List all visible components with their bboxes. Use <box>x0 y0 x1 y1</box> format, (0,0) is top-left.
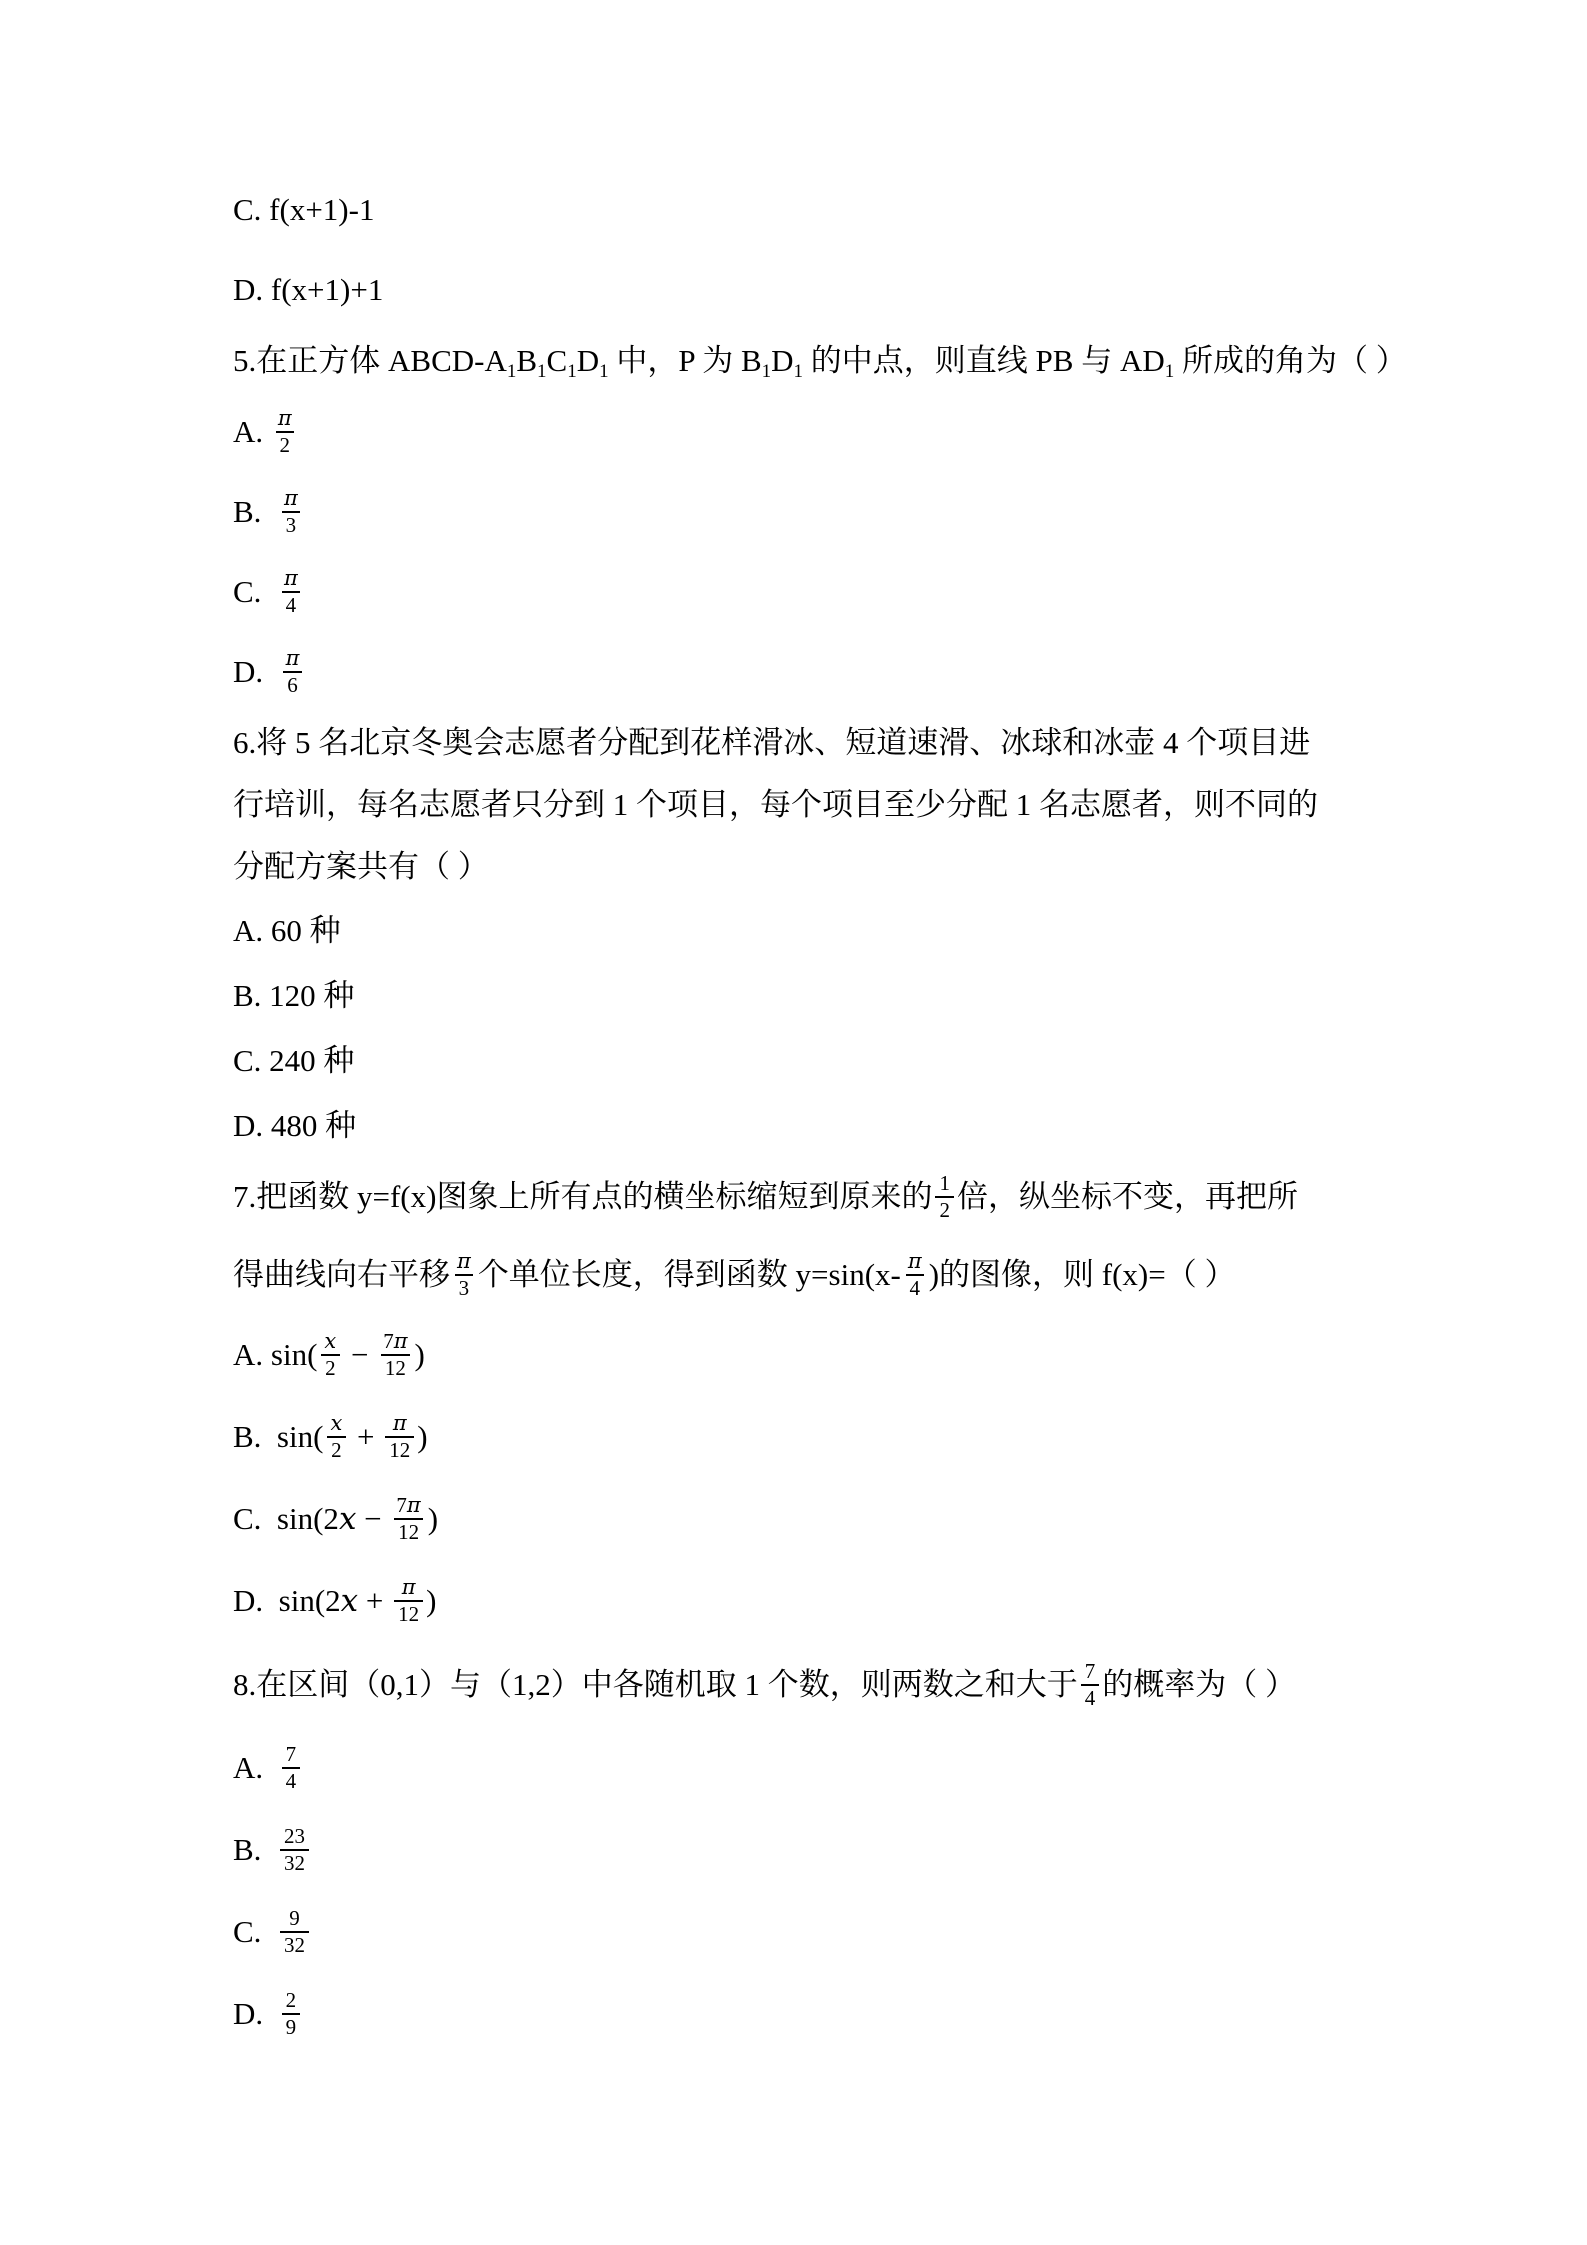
fraction-numerator: π <box>280 487 302 511</box>
fraction-denominator: 12 <box>385 1436 414 1462</box>
text-run: C. <box>233 1914 277 1949</box>
text-run: ) <box>428 1501 438 1536</box>
text-run: B. 120 种 <box>233 978 354 1013</box>
text-run: B. <box>233 1832 277 1867</box>
text-run: 6.将 5 名北京冬奥会志愿者分配到花样滑冰、短道速滑、冰球和冰壶 4 个项目进 <box>233 725 1310 760</box>
fraction-denominator: 9 <box>282 2013 301 2039</box>
math-italic-run: x <box>339 1501 356 1537</box>
text-run: 5.在正方体 ABCD-A <box>233 343 507 378</box>
text-run: A. <box>233 1750 279 1785</box>
text-run: − <box>343 1337 376 1372</box>
text-run: C <box>547 343 568 378</box>
fraction-numerator: x <box>326 1412 346 1436</box>
text-run: − <box>356 1501 389 1536</box>
q6-stem-line-2: 行培训，每名志愿者只分到 1 个项目，每个项目至少分配 1 名志愿者，则不同的 <box>233 774 1517 836</box>
fraction-denominator: 32 <box>280 1849 309 1875</box>
math-italic-glyph: π <box>908 1249 922 1273</box>
q8-stem: 8.在区间（0,1）与（1,2）中各随机取 1 个数，则两数之和大于74的概率为… <box>233 1642 1517 1727</box>
fraction: x2 <box>320 1330 340 1379</box>
fraction-denominator: 12 <box>394 1600 423 1626</box>
text-run: ) <box>426 1583 436 1618</box>
text-run: B. sin( <box>233 1419 323 1454</box>
fraction-numerator: 7 <box>282 1743 301 1767</box>
math-italic-glyph: π <box>394 1329 408 1353</box>
fraction: 74 <box>282 1743 301 1792</box>
text-run: )的图像，则 f(x)=（ ） <box>929 1257 1236 1292</box>
text-run: 8.在区间（0,1）与（1,2）中各随机取 1 个数，则两数之和大于 <box>233 1667 1078 1702</box>
fraction-numerator: x <box>320 1330 340 1354</box>
math-italic-run: x <box>341 1583 358 1619</box>
fraction-numerator: π <box>274 407 296 431</box>
fraction: 7π12 <box>379 1330 411 1379</box>
q8-choice-b: B. 2332 <box>233 1809 1517 1891</box>
math-italic-glyph: π <box>457 1249 471 1273</box>
subscript: 1 <box>537 361 547 382</box>
fraction: π12 <box>385 1412 414 1461</box>
fraction-denominator: 2 <box>327 1436 346 1462</box>
fraction-denominator: 3 <box>455 1274 474 1300</box>
math-italic-glyph: π <box>284 566 298 590</box>
fraction-numerator: π <box>453 1250 475 1274</box>
fraction-denominator: 3 <box>282 511 301 537</box>
fraction-numerator: π <box>389 1412 411 1436</box>
fraction-numerator: 23 <box>280 1825 309 1849</box>
fraction-denominator: 4 <box>282 591 301 617</box>
text-run: B. <box>233 494 277 529</box>
q5-choice-d: D. π6 <box>233 632 1517 712</box>
text-run: D. <box>233 1996 279 2031</box>
exam-page: C. f(x+1)-1D. f(x+1)+15.在正方体 ABCD-A1B1C1… <box>0 0 1587 2245</box>
math-italic-glyph: π <box>278 406 292 430</box>
q7-choice-c: C. sin(2x − 7π12) <box>233 1478 1517 1560</box>
math-italic-glyph: π <box>402 1575 416 1599</box>
text-run: 行培训，每名志愿者只分到 1 个项目，每个项目至少分配 1 名志愿者，则不同的 <box>233 787 1318 822</box>
fraction: π3 <box>453 1250 475 1299</box>
fraction-numerator: 9 <box>285 1907 304 1931</box>
fraction-denominator: 2 <box>935 1196 954 1222</box>
fraction-denominator: 2 <box>276 431 295 457</box>
text-run: C. f(x+1)-1 <box>233 192 374 227</box>
text-run: 所成的角为（ ） <box>1174 343 1407 378</box>
fraction: 2332 <box>280 1825 309 1874</box>
text-run: A. sin( <box>233 1337 317 1372</box>
q6-choice-a: A. 60 种 <box>233 898 1517 963</box>
fraction: x2 <box>326 1412 346 1461</box>
q5-choice-a: A. π2 <box>233 392 1517 472</box>
text-run: D <box>577 343 599 378</box>
subscript: 1 <box>567 361 577 382</box>
fraction-numerator: π <box>282 647 304 671</box>
math-italic-glyph: π <box>286 646 300 670</box>
text-run: 的中点，则直线 PB 与 AD <box>803 343 1165 378</box>
fraction: π12 <box>394 1576 423 1625</box>
fraction-denominator: 6 <box>283 671 302 697</box>
text-run: C. <box>233 574 277 609</box>
math-italic-glyph: π <box>393 1411 407 1435</box>
subscript: 1 <box>794 361 804 382</box>
fraction-numerator: π <box>904 1250 926 1274</box>
math-italic-glyph: x <box>330 1411 342 1435</box>
text-run: + <box>358 1583 391 1618</box>
text-run: D. 480 种 <box>233 1108 356 1143</box>
text-run: A. <box>233 414 271 449</box>
text-run: C. sin(2 <box>233 1501 339 1536</box>
fraction-numerator: 2 <box>282 1989 301 2013</box>
q7-choice-a: A. sin(x2 − 7π12) <box>233 1314 1517 1396</box>
text-run: D. <box>233 654 279 689</box>
q6-choice-c: C. 240 种 <box>233 1028 1517 1093</box>
text-run: 7.把函数 y=f(x)图象上所有点的横坐标缩短到原来的 <box>233 1179 932 1214</box>
text-run: + <box>349 1419 382 1454</box>
fraction-denominator: 32 <box>280 1931 309 1957</box>
fraction-numerator: π <box>398 1576 420 1600</box>
q8-choice-c: C. 932 <box>233 1891 1517 1973</box>
q6-stem-line-1: 6.将 5 名北京冬奥会志愿者分配到花样滑冰、短道速滑、冰球和冰壶 4 个项目进 <box>233 712 1517 774</box>
q5-stem: 5.在正方体 ABCD-A1B1C1D1 中，P 为 B1D1 的中点，则直线 … <box>233 330 1517 392</box>
fraction-denominator: 4 <box>906 1274 925 1300</box>
math-italic-glyph: x <box>324 1329 336 1353</box>
q6-choice-d: D. 480 种 <box>233 1093 1517 1158</box>
fraction: π4 <box>280 567 302 616</box>
q5-choice-b: B. π3 <box>233 472 1517 552</box>
q6-choice-b: B. 120 种 <box>233 963 1517 1028</box>
q4-choice-d: D. f(x+1)+1 <box>233 250 1517 330</box>
text-run: A. 60 种 <box>233 913 341 948</box>
text-run: 得曲线向右平移 <box>233 1257 450 1292</box>
fraction: π3 <box>280 487 302 536</box>
q7-choice-d: D. sin(2x + π12) <box>233 1560 1517 1642</box>
q7-stem-line-1: 7.把函数 y=f(x)图象上所有点的横坐标缩短到原来的12倍，纵坐标不变，再把… <box>233 1158 1517 1236</box>
text-run: 个单位长度，得到函数 y=sin(x- <box>478 1257 901 1292</box>
fraction-numerator: 7π <box>392 1494 424 1518</box>
subscript: 1 <box>599 361 609 382</box>
subscript: 1 <box>507 361 517 382</box>
fraction: 932 <box>280 1907 309 1956</box>
fraction-numerator: π <box>280 567 302 591</box>
q6-stem-line-3: 分配方案共有（ ） <box>233 836 1517 898</box>
subscript: 1 <box>762 361 772 382</box>
math-italic-glyph: π <box>284 486 298 510</box>
fraction: 12 <box>935 1172 954 1221</box>
text-run: 的概率为（ ） <box>1102 1667 1296 1702</box>
text-run: D <box>771 343 793 378</box>
document-body: C. f(x+1)-1D. f(x+1)+15.在正方体 ABCD-A1B1C1… <box>233 170 1517 2055</box>
fraction-denominator: 12 <box>381 1354 410 1380</box>
fraction-denominator: 4 <box>282 1767 301 1793</box>
q8-choice-d: D. 29 <box>233 1973 1517 2055</box>
text-run: ) <box>415 1337 425 1372</box>
text-run: D. sin(2 <box>233 1583 341 1618</box>
text-run: 倍，纵坐标不变，再把所 <box>957 1179 1298 1214</box>
text-run: 分配方案共有（ ） <box>233 849 489 884</box>
q7-stem-line-2: 得曲线向右平移π3个单位长度，得到函数 y=sin(x-π4)的图像，则 f(x… <box>233 1236 1517 1314</box>
fraction: 74 <box>1081 1660 1100 1709</box>
fraction: π6 <box>282 647 304 696</box>
text-run: C. 240 种 <box>233 1043 354 1078</box>
q8-choice-a: A. 74 <box>233 1727 1517 1809</box>
fraction-denominator: 4 <box>1081 1684 1100 1710</box>
math-italic-glyph: π <box>407 1493 421 1517</box>
fraction: 7π12 <box>392 1494 424 1543</box>
text-run: D. f(x+1)+1 <box>233 272 383 307</box>
q4-choice-c: C. f(x+1)-1 <box>233 170 1517 250</box>
q5-choice-c: C. π4 <box>233 552 1517 632</box>
subscript: 1 <box>1165 361 1175 382</box>
fraction-denominator: 2 <box>321 1354 340 1380</box>
text-run: 中，P 为 B <box>609 343 762 378</box>
text-run: ) <box>417 1419 427 1454</box>
text-run: B <box>516 343 537 378</box>
fraction-numerator: 1 <box>935 1172 954 1196</box>
q7-choice-b: B. sin(x2 + π12) <box>233 1396 1517 1478</box>
fraction-numerator: 7π <box>379 1330 411 1354</box>
fraction: π4 <box>904 1250 926 1299</box>
fraction: π2 <box>274 407 296 456</box>
fraction-denominator: 12 <box>394 1518 423 1544</box>
fraction: 29 <box>282 1989 301 2038</box>
fraction-numerator: 7 <box>1081 1660 1100 1684</box>
